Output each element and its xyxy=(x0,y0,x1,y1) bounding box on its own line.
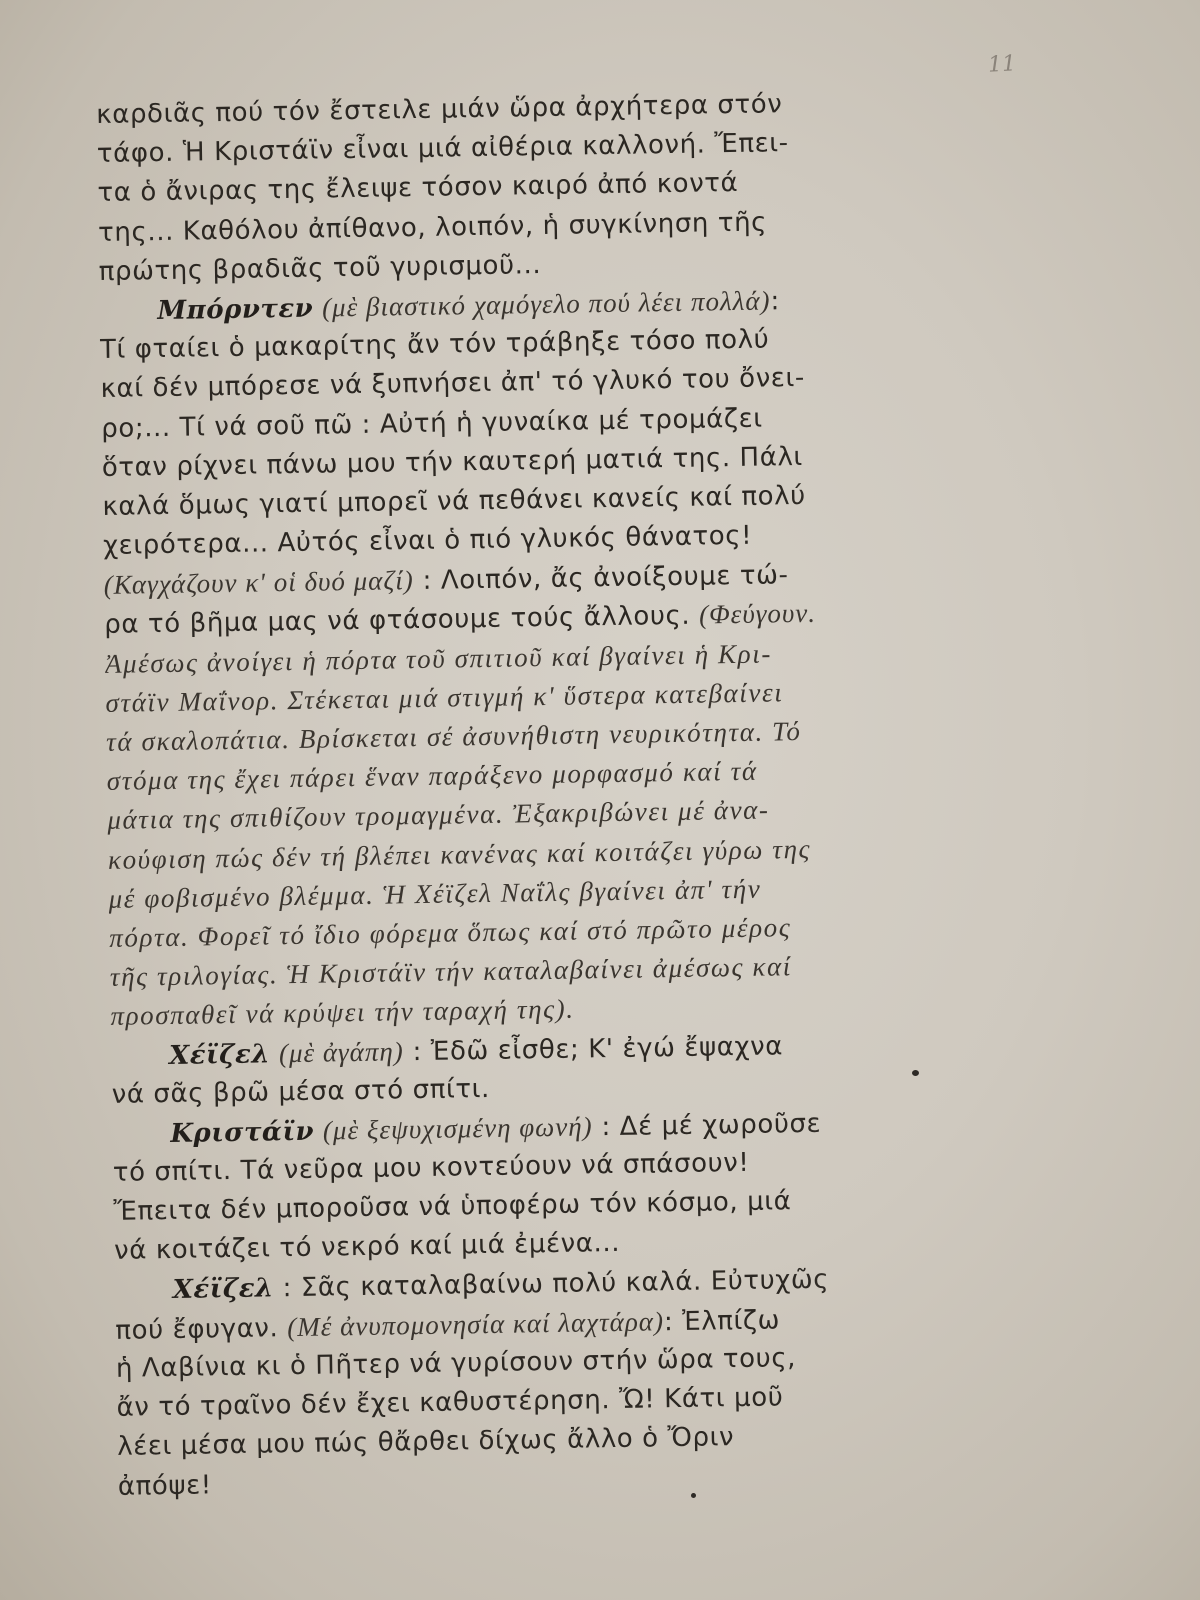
dialogue-text: πού ἔφυγαν. xyxy=(115,1313,278,1346)
stage-direction-block: Ἀμέσως ἀνοίγει ἡ πόρτα τοῦ σπιτιοῦ καί β… xyxy=(105,629,1071,1036)
stage-direction: (μὲ ἀγάπη) xyxy=(279,1036,404,1068)
dialogue-christine: Κριστάϊν (μὲ ξεψυχισμένη φωνή) : Δέ μέ χ… xyxy=(112,1100,1074,1272)
stage-direction: (μὲ βιαστικό χαμόγελο πού λέει πολλά) xyxy=(322,285,771,322)
dialogue-text: : Σᾶς καταλαβαίνω πολύ καλά. Εὐτυχῶς xyxy=(282,1264,829,1303)
dialogue-text: : Λοιπόν, ἄς ἀνοίξουμε τώ- xyxy=(422,560,788,596)
dialogue-hazel-2: Χέϊζελ : Σᾶς καταλαβαίνω πολύ καλά. Εὐτυ… xyxy=(114,1256,1078,1506)
dialogue-borden: Μπόρντεν (μὲ βιαστικό χαμόγελο πού λέει … xyxy=(99,277,1064,645)
speaker-name: Χέϊζελ xyxy=(173,1273,274,1305)
dialogue-hazel: Χέϊζελ (μὲ ἀγάπη) : Ἐδῶ εἶσθε; Κ' ἐγώ ἔψ… xyxy=(111,1021,1072,1114)
paragraph-continuation: καρδιᾶς πού τόν ἔστειλε μιάν ὥρα ἀρχήτερ… xyxy=(96,81,1059,292)
speaker-name: Μπόρντεν xyxy=(157,294,313,326)
stage-direction: (Φεύγουν. xyxy=(699,598,816,630)
dialogue-text: : Ἐλπίζω xyxy=(664,1305,781,1337)
speaker-name: Κριστάϊν xyxy=(170,1117,314,1149)
stage-direction: (μὲ ξεψυχισμένη φωνή) xyxy=(323,1111,593,1145)
page-number: 11 xyxy=(987,51,1016,77)
stage-direction: (Μέ ἀνυπομονησία καί λαχτάρα) xyxy=(287,1306,664,1342)
ink-speck xyxy=(912,1070,919,1076)
stage-direction: (Καγχάζουν κ' οἱ δυό μαζί) xyxy=(103,565,414,600)
dialogue-text: : Δέ μέ χωροῦσε xyxy=(601,1109,821,1142)
speaker-name: Χέϊζελ xyxy=(169,1039,270,1071)
book-page: 11 καρδιᾶς πού τόν ἔστειλε μιάν ὥρα ἀρχή… xyxy=(0,0,1200,1600)
page-text: καρδιᾶς πού τόν ἔστειλε μιάν ὥρα ἀρχήτερ… xyxy=(96,81,1078,1507)
ink-speck xyxy=(691,1493,696,1498)
colon: : xyxy=(770,286,780,316)
dialogue-text: ρα τό βῆμα μας νά φτάσουμε τούς ἄλλους. xyxy=(104,601,690,640)
dialogue-text: : Ἐδῶ εἶσθε; Κ' ἐγώ ἔψαχνα xyxy=(412,1031,783,1067)
